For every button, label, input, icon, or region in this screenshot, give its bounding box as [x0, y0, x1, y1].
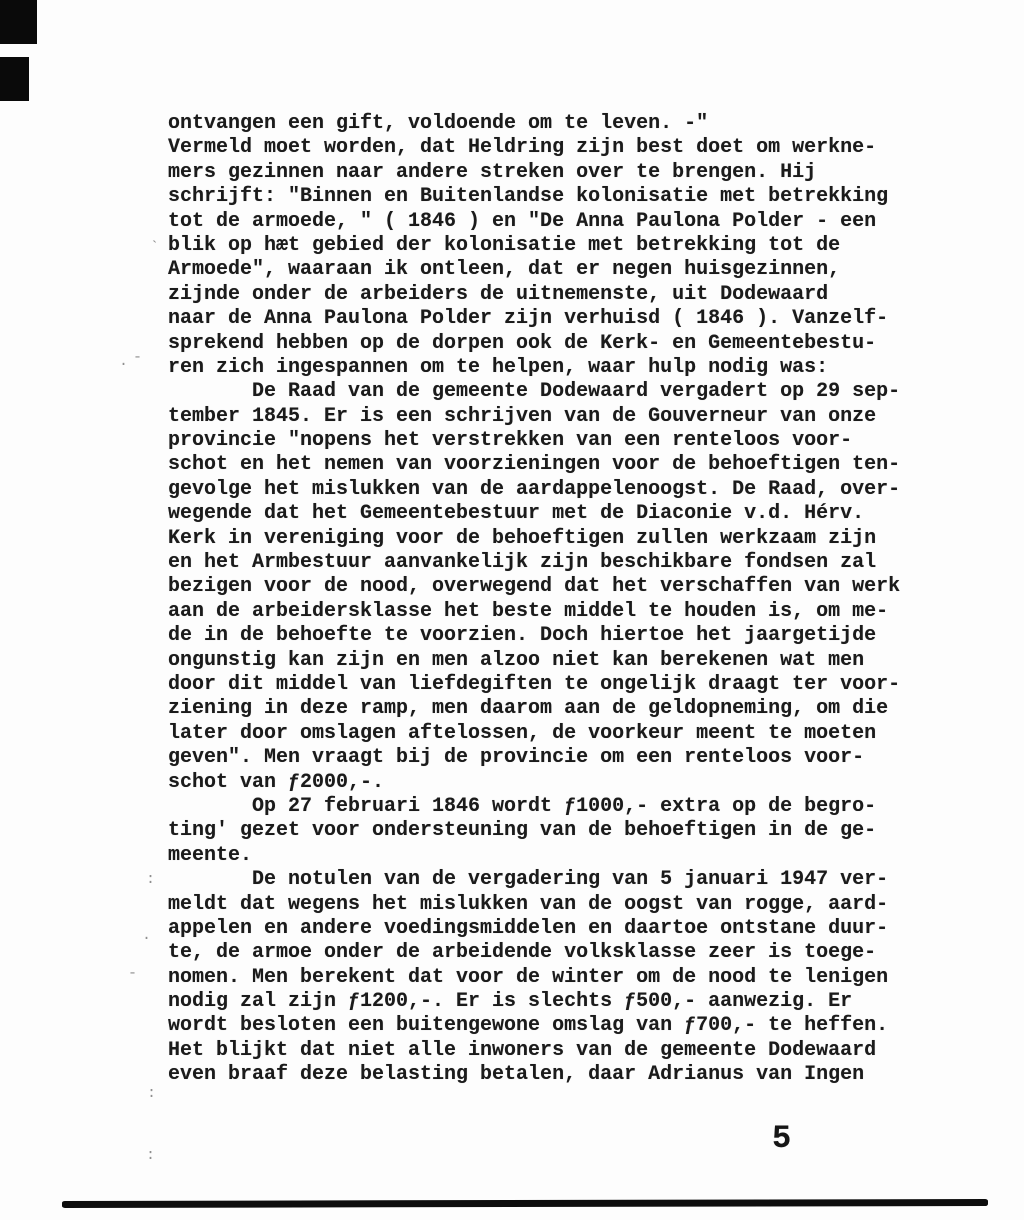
artifact-marks-layer: `-·-.:::	[0, 0, 1024, 1220]
scan-speck: :	[146, 1148, 155, 1163]
scan-speck: -	[128, 966, 137, 981]
scan-speck: :	[146, 872, 155, 887]
scan-speck: ·	[119, 357, 128, 372]
scan-speck: `	[150, 240, 159, 255]
scan-speck: .	[142, 928, 151, 943]
scan-speck: :	[147, 1086, 156, 1101]
scanned-document-page: ontvangen een gift, voldoende om te leve…	[0, 0, 1024, 1220]
scan-speck: -	[133, 350, 142, 365]
